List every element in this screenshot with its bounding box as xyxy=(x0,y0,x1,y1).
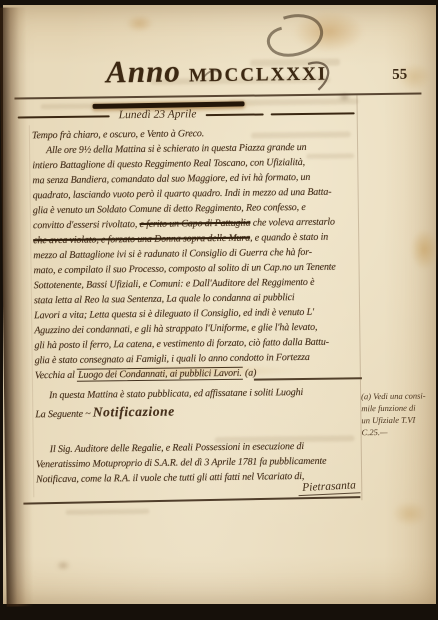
manuscript-text: Alle ore 9½ della Mattina si è schierato… xyxy=(46,142,307,156)
manuscript-text: Il Sig. Auditore delle Regalie, e Reali … xyxy=(50,441,304,455)
manuscript-text: glia è stato consegnato ai Famigli, i qu… xyxy=(35,352,310,366)
closing-rule xyxy=(23,496,360,504)
margin-note-line: C.25.— xyxy=(361,425,438,438)
manuscript-body: Tempo frà chiaro, e oscuro, e Vento à Gr… xyxy=(32,124,366,487)
manuscript-text: Aguzzino dei condannati, e gli hà strapp… xyxy=(34,322,317,336)
manuscript-text: Sottotenente, Bassi Ufiziali, e Comuni: … xyxy=(34,277,315,291)
manuscript-text: Veneratissimo Motuproprio di S.A.R. del … xyxy=(36,456,327,471)
manuscript-text: mezzo al Battaglione ivi si è radunato i… xyxy=(33,247,312,261)
signature-block: Pietrasanta xyxy=(23,480,360,506)
manuscript-text: La Seguente ~ xyxy=(35,409,93,421)
manuscript-page: Anno MDCCLXXXI 55 Lunedì 23 Aprile Tempo… xyxy=(3,5,436,604)
struck-text: e ferito un Capo di Pattuglia xyxy=(139,218,250,230)
header-rule xyxy=(14,93,421,100)
date-rule-left xyxy=(18,116,110,119)
manuscript-text: ma senza Bandiera, comandato dal suo Mag… xyxy=(32,172,310,186)
header-year-roman: MDCCLXXXI xyxy=(189,64,328,87)
manuscript-text: Tempo frà chiaro, e oscuro, e Vento à Gr… xyxy=(32,128,204,141)
date-row: Lunedì 23 Aprile xyxy=(18,106,355,124)
paper-stain xyxy=(292,10,365,53)
margin-note-line: (a) Vedi una consi- xyxy=(361,389,438,402)
manuscript-text: Vecchia al xyxy=(35,370,77,382)
manuscript-text: che voleva arrestarlo xyxy=(250,217,335,229)
signature: Pietrasanta xyxy=(298,479,360,496)
date-rule-mid xyxy=(205,114,264,116)
manuscript-text: quadrato, lasciando vuoto però il quarto… xyxy=(33,187,332,202)
manuscript-line: La Seguente ~ Notificazione xyxy=(35,401,365,422)
bleedthrough-mark xyxy=(41,103,99,109)
manuscript-text: mato, e compilato il suo Processo, compo… xyxy=(34,262,336,277)
notification-heading: Notificazione xyxy=(93,404,175,420)
manuscript-text: intiero Battaglione di questo Reggimento… xyxy=(32,157,305,171)
struck-text: che avea violato, e forzato una Donna so… xyxy=(33,233,250,247)
manuscript-text: Lavori a vita; Letta questa si è dilegua… xyxy=(34,307,314,321)
paper-stain xyxy=(125,15,153,32)
bleedthrough-mark xyxy=(65,509,149,515)
margin-note-line: mile funzione di xyxy=(361,401,438,414)
paper-stain xyxy=(391,500,427,526)
margin-note-line: un Ufiziale T.VI xyxy=(361,413,438,426)
paper-stain xyxy=(56,561,70,570)
date-rule-right xyxy=(271,113,355,116)
manuscript-text: glia è venuto un Soldato Comune di detto… xyxy=(33,202,306,216)
margin-note: (a) Vedi una consi- mile funzione di un … xyxy=(361,389,438,438)
manuscript-text: , e quando è stato in xyxy=(250,232,328,244)
date-heading: Lunedì 23 Aprile xyxy=(117,108,199,123)
emphasized-text: Luogo dei Condannati, ai pubblici Lavori… xyxy=(77,367,243,382)
page-header: Anno MDCCLXXXI xyxy=(0,50,433,91)
page-content: Anno MDCCLXXXI 55 Lunedì 23 Aprile Tempo… xyxy=(0,2,438,606)
manuscript-line: In questa Mattina è stato pubblicata, ed… xyxy=(35,384,365,403)
manuscript-text: convitto d'essersi rivoltato, xyxy=(33,219,140,231)
header-script-word: Anno xyxy=(106,53,181,89)
manuscript-text: stata letta al Reo la sua Sentenza, La q… xyxy=(34,292,295,306)
manuscript-text: In questa Mattina è stato pubblicata, ed… xyxy=(49,387,303,401)
paper-stain xyxy=(410,228,438,270)
manuscript-line: Vecchia al Luogo dei Condannati, ai pubb… xyxy=(35,364,365,383)
page-number: 55 xyxy=(392,67,407,84)
manuscript-text: (a) xyxy=(243,368,257,379)
manuscript-text: gli hà posto il ferro, La catena, e vest… xyxy=(34,337,329,352)
